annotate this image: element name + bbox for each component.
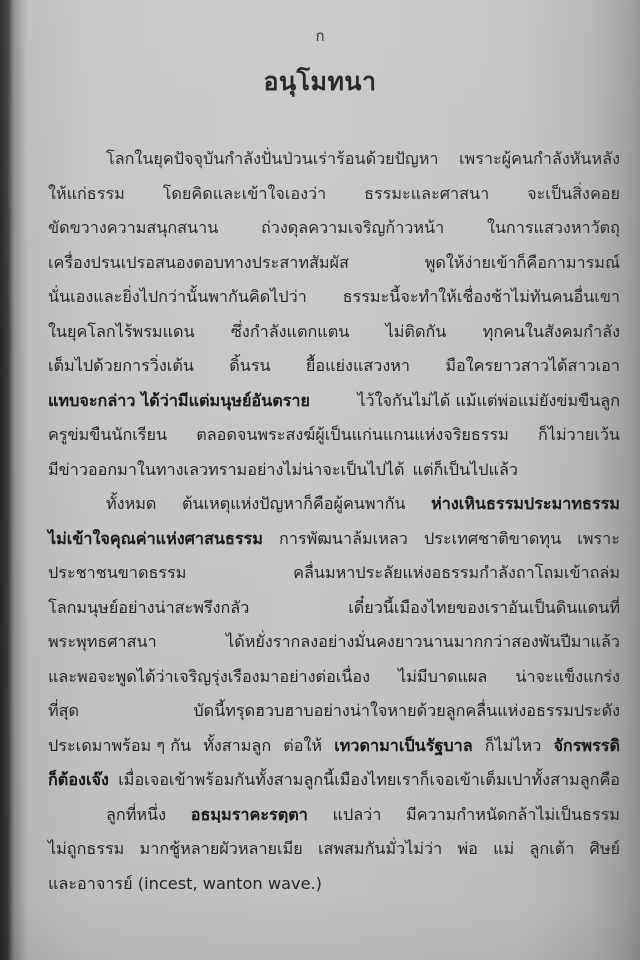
text-line: ไม่เข้าใจคุณค่าแห่งศาสนธรรมการพัฒนาล้มเห… xyxy=(48,522,620,557)
text-segment: มือใครยาวสาวได้สาวเอา xyxy=(445,349,620,384)
text-line: ไม่ถูกธรรมมากชู้หลายผัวหลายเมียเสพสมกันม… xyxy=(48,832,620,867)
text-segment: ครูข่มขืนนักเรียน xyxy=(48,418,167,453)
text-segment: โลกมนุษย์อย่างน่าสะพรึงกลัว xyxy=(48,591,249,626)
text-line: แทบจะกล่าว ได้ว่ามีแต่มนุษย์อันตรายไว้ใจ… xyxy=(48,384,620,419)
text-line: ที่สุดบัดนี้ทรุดฮวบฮาบอย่างน่าใจหายด้วยล… xyxy=(48,694,620,729)
text-segment: ไม่ติดกัน xyxy=(386,315,447,350)
text-line: นั่นเองและยิ่งไปกว่านั้นพากันคิดไปว่าธรร… xyxy=(48,280,620,315)
bold-text-segment: อธมฺมราคะรตฺตา xyxy=(191,798,308,833)
bold-text-segment: จักรพรรดิ xyxy=(553,729,620,764)
text-segment: แปลว่า xyxy=(333,798,382,833)
text-segment: ไม่มีบาดแผล xyxy=(398,660,487,695)
text-line: และอาจารย์ (incest, wanton wave.) xyxy=(48,867,620,902)
text-segment: เสพสมกันมั่วไม่ว่า xyxy=(318,832,442,867)
paragraph: ลูกที่หนึ่งอธมฺมราคะรตฺตาแปลว่ามีความกำห… xyxy=(48,798,620,902)
text-segment: บัดนี้ทรุดฮวบฮาบอย่างน่าใจหายด้วยลูกคลื่… xyxy=(193,694,620,729)
text-line: และพอจะพูดได้ว่าเจริญรุ่งเรืองมาอย่างต่อ… xyxy=(48,660,620,695)
text-line: ประเดมาพร้อม ๆ กันทั้งสามลูกต่อให้เทวดาม… xyxy=(48,729,620,764)
text-segment: ให้แก่ธรรม xyxy=(48,177,125,212)
text-line: ทั้งหมดต้นเหตุแห่งปัญหาก็คือผู้คนพากันห่… xyxy=(48,487,620,522)
text-segment: ตลอดจนพระสงฆ์ผู้เป็นแก่นแกนแห่งจริยธรรม xyxy=(196,418,509,453)
text-segment: ถ่วงดุลความเจริญก้าวหน้า xyxy=(261,211,444,246)
text-line: ลูกที่หนึ่งอธมฺมราคะรตฺตาแปลว่ามีความกำห… xyxy=(48,798,620,833)
bold-text-segment: ไม่เข้าใจคุณค่าแห่งศาสนธรรม xyxy=(48,522,263,557)
text-line: ครูข่มขืนนักเรียนตลอดจนพระสงฆ์ผู้เป็นแก่… xyxy=(48,418,620,453)
text-segment: เดี๋ยวนี้เมืองไทยของเราอันเป็นดินแดนที่ xyxy=(348,591,620,626)
text-segment: จะเป็นสิ่งคอย xyxy=(527,177,620,212)
text-line: เครื่องปรนเปรอสนองตอบทางประสาทสัมผัสพูดใ… xyxy=(48,246,620,281)
bold-text-segment: เทวดามาเป็นรัฐบาล xyxy=(334,729,472,764)
text-segment: ต่อให้ xyxy=(283,729,322,764)
text-segment: น่าจะแข็งแกร่ง xyxy=(515,660,620,695)
text-segment: ก็ไม่ไหว xyxy=(485,729,542,764)
paragraph: โลกในยุคปัจจุบันกำลังปั่นป่วนเร่าร้อนด้ว… xyxy=(48,142,620,487)
text-segment: ธรรมะและศาสนา xyxy=(364,177,489,212)
text-segment: ประเทศชาติขาดทุน xyxy=(424,522,561,557)
bold-text-segment: ก็ต้องเจ๊ง xyxy=(48,763,109,798)
text-segment: ในยุคโลกไร้พรมแดน xyxy=(48,315,195,350)
text-segment: แม่ xyxy=(493,832,514,867)
text-segment: โดยคิดและเข้าใจเองว่า xyxy=(163,177,327,212)
bold-text-segment: ห่างเหินธรรมประมาทธรรม xyxy=(431,487,620,522)
text-segment: เครื่องปรนเปรอสนองตอบทางประสาทสัมผัส xyxy=(48,246,349,281)
text-segment: โลกในยุคปัจจุบันกำลังปั่นป่วนเร่าร้อนด้ว… xyxy=(106,142,438,177)
text-line: ประชาชนขาดธรรมคลื่นมหาประลัยแห่งอธรรมกำล… xyxy=(48,556,620,591)
text-segment: ก็ไม่วายเว้น xyxy=(538,418,620,453)
text-segment: ในการแสวงหาวัตถุ xyxy=(487,211,620,246)
text-segment: ศิษย์ xyxy=(590,832,620,867)
text-segment: ทั้งสามลูก xyxy=(203,729,271,764)
text-segment: มีข่าวออกมาในทางเลวทรามอย่างไม่น่าจะเป็น… xyxy=(48,453,405,488)
body-text: โลกในยุคปัจจุบันกำลังปั่นป่วนเร่าร้อนด้ว… xyxy=(48,142,620,901)
text-segment: ดิ้นรน xyxy=(229,349,270,384)
page-title: อนุโมทนา xyxy=(0,62,640,102)
text-segment: ขัดขวางความสนุกสนาน xyxy=(48,211,218,246)
text-segment: การพัฒนาล้มเหลว xyxy=(279,522,408,557)
bold-text-segment: แทบจะกล่าว ได้ว่ามีแต่มนุษย์อันตราย xyxy=(48,384,310,419)
text-segment: แต่ก็เป็นไปแล้ว xyxy=(413,453,518,488)
text-segment: เพราะ xyxy=(577,522,620,557)
text-segment: ซึ่งกำลังแตกแตน xyxy=(231,315,349,350)
text-segment: ไว้ใจกันไม่ได้ แม้แต่พ่อแม่ยังข่มขืนลูก xyxy=(357,384,620,419)
text-segment: มากชู้หลายผัวหลายเมีย xyxy=(140,832,303,867)
text-segment: มีความกำหนัดกล้าไม่เป็นธรรม xyxy=(406,798,620,833)
text-segment: ธรรมะนี้จะทำให้เชื่องช้าไม่ทันคนอื่นเขา xyxy=(343,280,620,315)
text-segment: เพราะผู้คนกำลังหันหลัง xyxy=(459,142,620,177)
text-line: โลกมนุษย์อย่างน่าสะพรึงกลัวเดี๋ยวนี้เมือ… xyxy=(48,591,620,626)
text-line: ก็ต้องเจ๊งเมื่อเจอเข้าพร้อมกันทั้งสามลูก… xyxy=(48,763,620,798)
text-segment: และพอจะพูดได้ว่าเจริญรุ่งเรืองมาอย่างต่อ… xyxy=(48,660,370,695)
text-line: เต็มไปด้วยการวิ่งเต้นดิ้นรนยื้อแย่งแสวงห… xyxy=(48,349,620,384)
text-segment: ประชาชนขาดธรรม xyxy=(48,556,186,591)
text-segment: เต็มไปด้วยการวิ่งเต้น xyxy=(48,349,194,384)
text-line: ขัดขวางความสนุกสนานถ่วงดุลความเจริญก้าวห… xyxy=(48,211,620,246)
text-segment: ยื้อแย่งแสวงหา xyxy=(306,349,410,384)
paragraph: ทั้งหมดต้นเหตุแห่งปัญหาก็คือผู้คนพากันห่… xyxy=(48,487,620,798)
text-segment: ต้นเหตุแห่งปัญหาก็คือผู้คนพากัน xyxy=(182,487,406,522)
text-segment: ได้หยั่งรากลงอย่างมั่นคงยาวนานมากกว่าสอง… xyxy=(226,625,620,660)
text-segment: คลื่นมหาประลัยแห่งอธรรมกำลังถาโถมเข้าถล่… xyxy=(293,556,620,591)
text-segment: ประเดมาพร้อม ๆ กัน xyxy=(48,729,191,764)
text-segment: ที่สุด xyxy=(48,694,79,729)
text-segment: ทุกคนในสังคมกำลัง xyxy=(483,315,620,350)
text-line: ให้แก่ธรรมโดยคิดและเข้าใจเองว่าธรรมะและศ… xyxy=(48,177,620,212)
text-segment: พูดให้ง่ายเข้าก็คือกามารมณ์ xyxy=(425,246,620,281)
text-segment: และอาจารย์ (incest, wanton wave.) xyxy=(48,867,322,902)
text-segment: ลูกเต้า xyxy=(529,832,574,867)
text-segment: พระพุทธศาสนา xyxy=(48,625,157,660)
text-segment: ไม่ถูกธรรม xyxy=(48,832,124,867)
book-page: ก อนุโมทนา โลกในยุคปัจจุบันกำลังปั่นป่วน… xyxy=(0,0,640,960)
text-segment: นั่นเองและยิ่งไปกว่านั้นพากันคิดไปว่า xyxy=(48,280,307,315)
page-number: ก xyxy=(0,24,640,48)
text-line: มีข่าวออกมาในทางเลวทรามอย่างไม่น่าจะเป็น… xyxy=(48,453,620,488)
page-shadow xyxy=(0,900,640,960)
text-segment: ทั้งหมด xyxy=(106,487,156,522)
text-segment: เมื่อเจอเข้าพร้อมกันทั้งสามลูกนี้เมืองไท… xyxy=(118,763,620,798)
text-line: โลกในยุคปัจจุบันกำลังปั่นป่วนเร่าร้อนด้ว… xyxy=(48,142,620,177)
text-line: พระพุทธศาสนาได้หยั่งรากลงอย่างมั่นคงยาวน… xyxy=(48,625,620,660)
text-line: ในยุคโลกไร้พรมแดนซึ่งกำลังแตกแตนไม่ติดกั… xyxy=(48,315,620,350)
text-segment: พ่อ xyxy=(457,832,477,867)
text-segment: ลูกที่หนึ่ง xyxy=(106,798,166,833)
